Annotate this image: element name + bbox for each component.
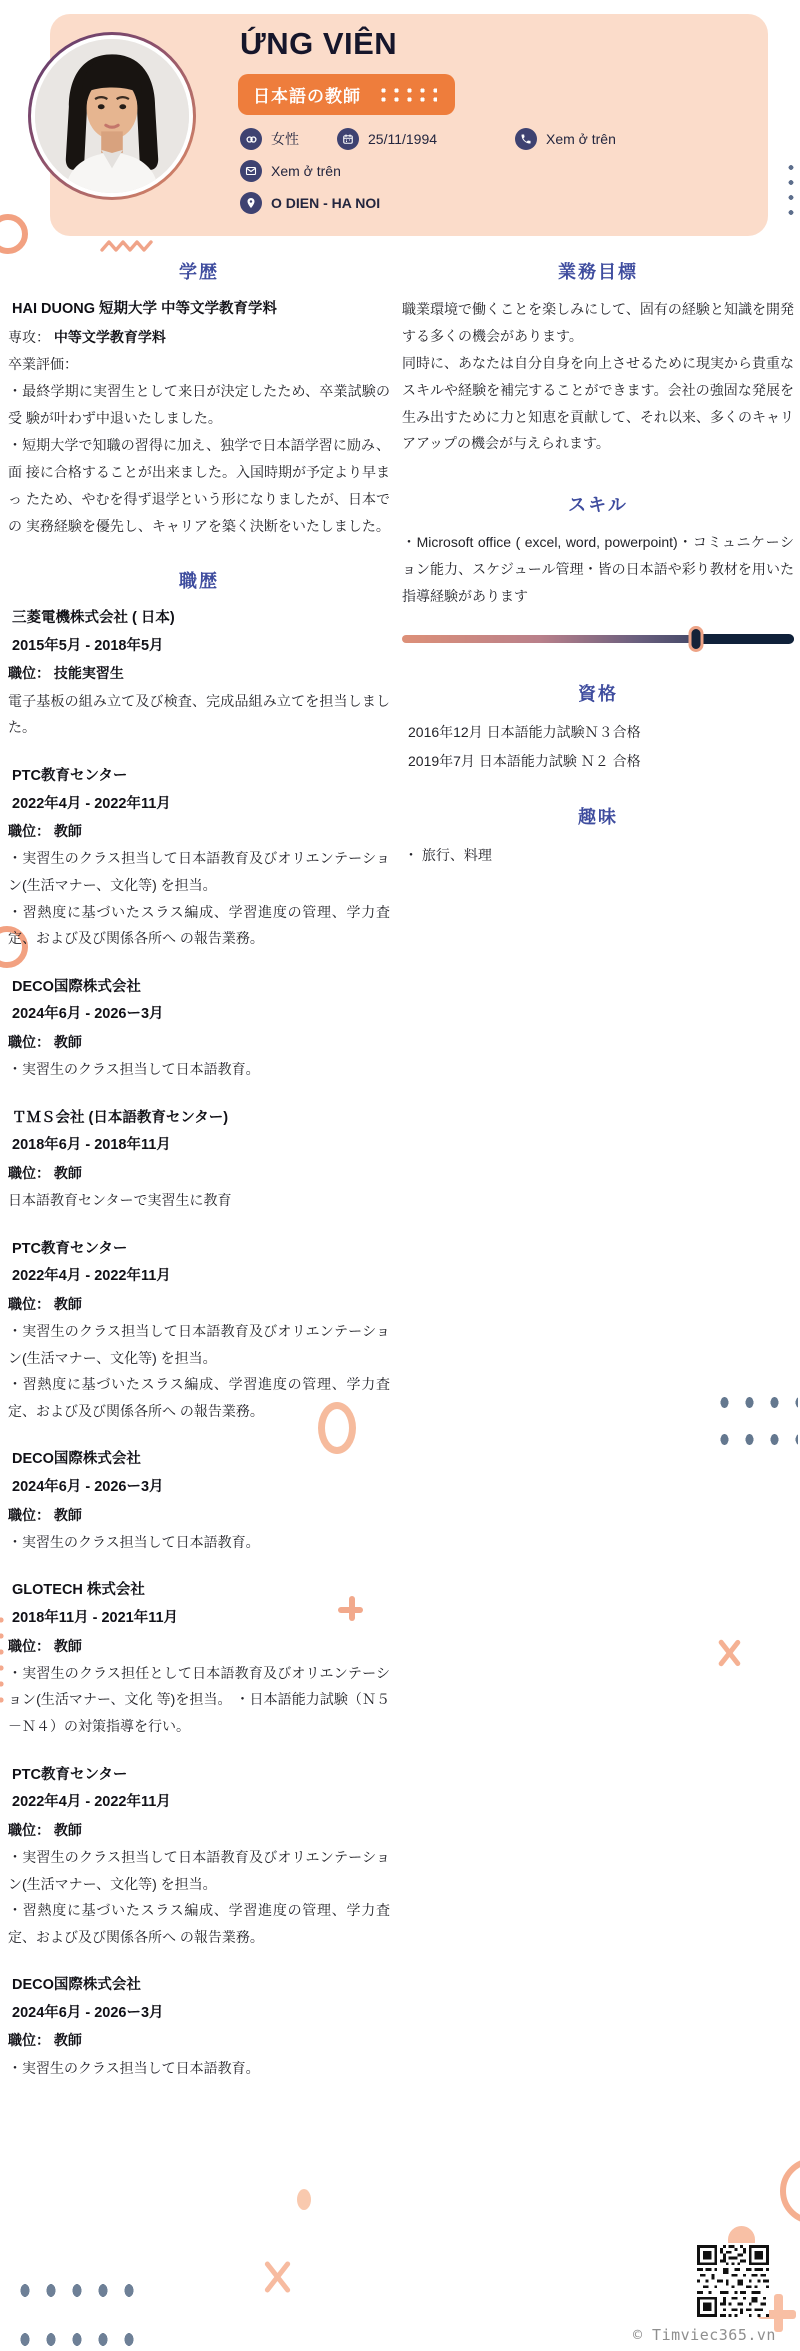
section-title-education: 学歴: [8, 258, 390, 284]
position-value: 教師: [54, 2032, 82, 2048]
work-company: ＴＭＳ会社 (日本語教育センター): [8, 1105, 390, 1133]
work-details: ・実習生のクラス担当して日本語教育。: [8, 2055, 390, 2082]
position-label: 職位：: [8, 1638, 50, 1654]
job-title-badge: 日本語の教師: [238, 74, 455, 115]
gender-field: 女性: [240, 128, 299, 150]
work-detail: ・実習生のクラス担当して日本語教育及びオリエンテーション(生活マナー、文化等) …: [8, 845, 390, 898]
dots-grid-decoration: [12, 2266, 140, 2348]
work-period: 2022年4月 - 2022年11月: [8, 1789, 390, 1817]
work-company: DECO国際株式会社: [8, 1972, 390, 2000]
qr-code: [697, 2245, 769, 2317]
work-entry: PTC教育センター 2022年4月 - 2022年11月 職位： 教師 ・実習生…: [8, 1236, 390, 1425]
email-field: Xem ở trên: [240, 160, 341, 182]
birthday-value: 25/11/1994: [368, 131, 437, 147]
position-label: 職位：: [8, 823, 50, 839]
work-position: 職位： 教師: [8, 1291, 390, 1318]
watermark-credit: © Timviec365.vn: [633, 2326, 776, 2344]
work-position: 職位： 教師: [8, 1029, 390, 1056]
work-entry: DECO国際株式会社 2024年6月 - 2026ー3月 職位： 教師 ・実習生…: [8, 1446, 390, 1555]
avatar: [28, 32, 196, 200]
work-company: DECO国際株式会社: [8, 1446, 390, 1474]
candidate-name: ỨNG VIÊN: [240, 26, 397, 62]
position-label: 職位：: [8, 1296, 50, 1312]
half-ring-decoration: [0, 214, 28, 254]
slider-handle[interactable]: [689, 626, 704, 652]
right-column: 業務目標 職業環境で働くことを楽しみにして、固有の経験と知識を開発する多くの機会…: [402, 258, 794, 869]
work-details: ・実習生のクラス担当して日本語教育。: [8, 1056, 390, 1083]
phone-icon: [515, 128, 537, 150]
location-icon: [240, 192, 262, 214]
position-value: 教師: [54, 1165, 82, 1181]
work-position: 職位： 教師: [8, 1160, 390, 1187]
work-detail: 電子基板の組み立て及び検査、完成品組み立てを担当しました。: [8, 688, 390, 741]
work-entry: PTC教育センター 2022年4月 - 2022年11月 職位： 教師 ・実習生…: [8, 1762, 390, 1951]
work-details: ・実習生のクラス担当して日本語教育及びオリエンテーション(生活マナー、文化等) …: [8, 1844, 390, 1950]
position-label: 職位：: [8, 1507, 50, 1523]
gender-value: 女性: [271, 129, 299, 149]
skill-level-slider: [402, 626, 794, 652]
section-title-skills: スキル: [402, 491, 794, 517]
work-position: 職位： 教師: [8, 1633, 390, 1660]
work-period: 2024年6月 - 2026ー3月: [8, 1001, 390, 1029]
major-label: 専攻：: [8, 329, 50, 345]
hobbies-text: ・ 旅行、料理: [402, 841, 794, 869]
header-dots-decoration: [783, 160, 800, 220]
work-details: ・実習生のクラス担当して日本語教育及びオリエンテーション(生活マナー、文化等) …: [8, 1318, 390, 1424]
work-details: 電子基板の組み立て及び検査、完成品組み立てを担当しました。: [8, 688, 390, 741]
work-entry: DECO国際株式会社 2024年6月 - 2026ー3月 職位： 教師 ・実習生…: [8, 1972, 390, 2081]
birthday-field: 25/11/1994: [337, 128, 437, 150]
work-detail: ・実習生のクラス担当して日本語教育及びオリエンテーション(生活マナー、文化等) …: [8, 1844, 390, 1897]
work-detail: ・習熱度に基づいたスラス編成、学習進度の管理、学力査定、および及び関係各所へ の…: [8, 1897, 390, 1950]
certificate-item: 2016年12月 日本語能力試験Ｎ３合格: [402, 718, 794, 747]
resume-page: ỨNG VIÊN 日本語の教師 女性 25/11/1994 Xem: [0, 0, 800, 2351]
work-history-list: 三菱電機株式会社 ( 日本) 2015年5月 - 2018年5月 職位： 技能実…: [8, 605, 390, 2081]
work-entry: GLOTECH 株式会社 2018年11月 - 2021年11月 職位： 教師 …: [8, 1577, 390, 1739]
position-value: 教師: [54, 1296, 82, 1312]
position-value: 教師: [54, 1507, 82, 1523]
calendar-icon: [337, 128, 359, 150]
education-note: ・短期大学で知職の習得に加え、独学で日本語学習に励み、面 接に合格することが出来…: [8, 432, 390, 540]
position-value: 技能実習生: [54, 665, 124, 681]
work-detail: ・習熱度に基づいたスラス編成、学習進度の管理、学力査定、および及び関係各所へ の…: [8, 1371, 390, 1424]
half-ring-decoration: [780, 2158, 800, 2224]
position-label: 職位：: [8, 2032, 50, 2048]
work-details: ・実習生のクラス担当して日本語教育及びオリエンテーション(生活マナー、文化等) …: [8, 845, 390, 951]
profile-photo: [35, 39, 189, 193]
work-entry: DECO国際株式会社 2024年6月 - 2026ー3月 職位： 教師 ・実習生…: [8, 974, 390, 1083]
slider-filled-segment: [696, 634, 794, 644]
email-icon: [240, 160, 262, 182]
work-details: ・実習生のクラス担任として日本語教育及びオリエンテーション(生活マナー、文化 等…: [8, 1660, 390, 1740]
skills-text: ・Microsoft office ( excel, word, powerpo…: [402, 529, 794, 610]
dot-decoration: [297, 2189, 311, 2210]
work-period: 2015年5月 - 2018年5月: [8, 633, 390, 661]
position-label: 職位：: [8, 1822, 50, 1838]
section-title-hobbies: 趣味: [402, 803, 794, 829]
dome-decoration: [728, 2226, 755, 2243]
badge-dots-decoration: [377, 86, 437, 103]
address-value: O DIEN - HA NOI: [271, 195, 380, 211]
work-details: 日本語教育センターで実習生に教育: [8, 1187, 390, 1214]
work-period: 2022年4月 - 2022年11月: [8, 791, 390, 819]
phone-field: Xem ở trên: [515, 128, 616, 150]
work-position: 職位： 技能実習生: [8, 660, 390, 687]
objective-paragraph: 職業環境で働くことを楽しみにして、固有の経験と知識を開発する多くの機会があります…: [402, 296, 794, 350]
work-detail: ・実習生のクラス担当して日本語教育。: [8, 1056, 390, 1083]
education-grade-label: 卒業評価：: [8, 351, 390, 378]
position-value: 教師: [54, 823, 82, 839]
position-label: 職位：: [8, 665, 50, 681]
work-detail: ・実習生のクラス担当して日本語教育。: [8, 1529, 390, 1556]
certificate-item: 2019年7月 日本語能力試験 Ｎ２ 合格: [402, 747, 794, 776]
job-title-label: 日本語の教師: [253, 82, 361, 107]
position-label: 職位：: [8, 1034, 50, 1050]
work-company: PTC教育センター: [8, 1762, 390, 1790]
work-company: PTC教育センター: [8, 763, 390, 791]
position-value: 教師: [54, 1822, 82, 1838]
work-period: 2024年6月 - 2026ー3月: [8, 2000, 390, 2028]
work-details: ・実習生のクラス担当して日本語教育。: [8, 1529, 390, 1556]
work-company: DECO国際株式会社: [8, 974, 390, 1002]
education-major: 専攻： 中等文学教育学料: [8, 324, 390, 351]
education-note: ・最終学期に実習生として来日が決定したため、卒業試験の受 験が叶わず中退いたしま…: [8, 378, 390, 432]
work-detail: 日本語教育センターで実習生に教育: [8, 1187, 390, 1214]
work-period: 2018年11月 - 2021年11月: [8, 1605, 390, 1633]
objective-paragraph: 同時に、あなたは自分自身を向上させるために現実から貴重なスキルや経験を補完するこ…: [402, 350, 794, 458]
education-school: HAI DUONG 短期大学 中等文学教育学料: [8, 296, 390, 324]
work-period: 2024年6月 - 2026ー3月: [8, 1474, 390, 1502]
position-value: 教師: [54, 1638, 82, 1654]
work-company: PTC教育センター: [8, 1236, 390, 1264]
work-company: GLOTECH 株式会社: [8, 1577, 390, 1605]
gender-icon: [240, 128, 262, 150]
x-decoration: [716, 1637, 741, 1669]
work-detail: ・実習生のクラス担当して日本語教育及びオリエンテーション(生活マナー、文化等) …: [8, 1318, 390, 1371]
x-decoration: [263, 2258, 290, 2296]
work-detail: ・実習生のクラス担当して日本語教育。: [8, 2055, 390, 2082]
work-position: 職位： 教師: [8, 2027, 390, 2054]
section-title-certificates: 資格: [402, 680, 794, 706]
left-column: 学歴 HAI DUONG 短期大学 中等文学教育学料 専攻： 中等文学教育学料 …: [8, 258, 390, 2103]
work-period: 2018年6月 - 2018年11月: [8, 1132, 390, 1160]
section-title-work: 職歴: [8, 567, 390, 593]
work-entry: 三菱電機株式会社 ( 日本) 2015年5月 - 2018年5月 職位： 技能実…: [8, 605, 390, 741]
position-value: 教師: [54, 1034, 82, 1050]
work-position: 職位： 教師: [8, 1817, 390, 1844]
work-detail: ・習熱度に基づいたスラス編成、学習進度の管理、学力査定、および及び関係各所へ の…: [8, 899, 390, 952]
work-position: 職位： 教師: [8, 818, 390, 845]
address-field: O DIEN - HA NOI: [240, 192, 380, 214]
section-title-objective: 業務目標: [402, 258, 794, 284]
work-position: 職位： 教師: [8, 1502, 390, 1529]
position-label: 職位：: [8, 1165, 50, 1181]
work-entry: ＴＭＳ会社 (日本語教育センター) 2018年6月 - 2018年11月 職位：…: [8, 1105, 390, 1214]
work-detail: ・実習生のクラス担任として日本語教育及びオリエンテーション(生活マナー、文化 等…: [8, 1660, 390, 1740]
work-company: 三菱電機株式会社 ( 日本): [8, 605, 390, 633]
work-period: 2022年4月 - 2022年11月: [8, 1263, 390, 1291]
zigzag-decoration: [100, 238, 156, 254]
dotted-line-decoration: [0, 1612, 5, 1708]
work-entry: PTC教育センター 2022年4月 - 2022年11月 職位： 教師 ・実習生…: [8, 763, 390, 952]
email-value[interactable]: Xem ở trên: [271, 163, 341, 179]
major-value: 中等文学教育学料: [54, 329, 166, 345]
phone-value[interactable]: Xem ở trên: [546, 131, 616, 147]
dots-grid-decoration: [712, 1384, 798, 1466]
